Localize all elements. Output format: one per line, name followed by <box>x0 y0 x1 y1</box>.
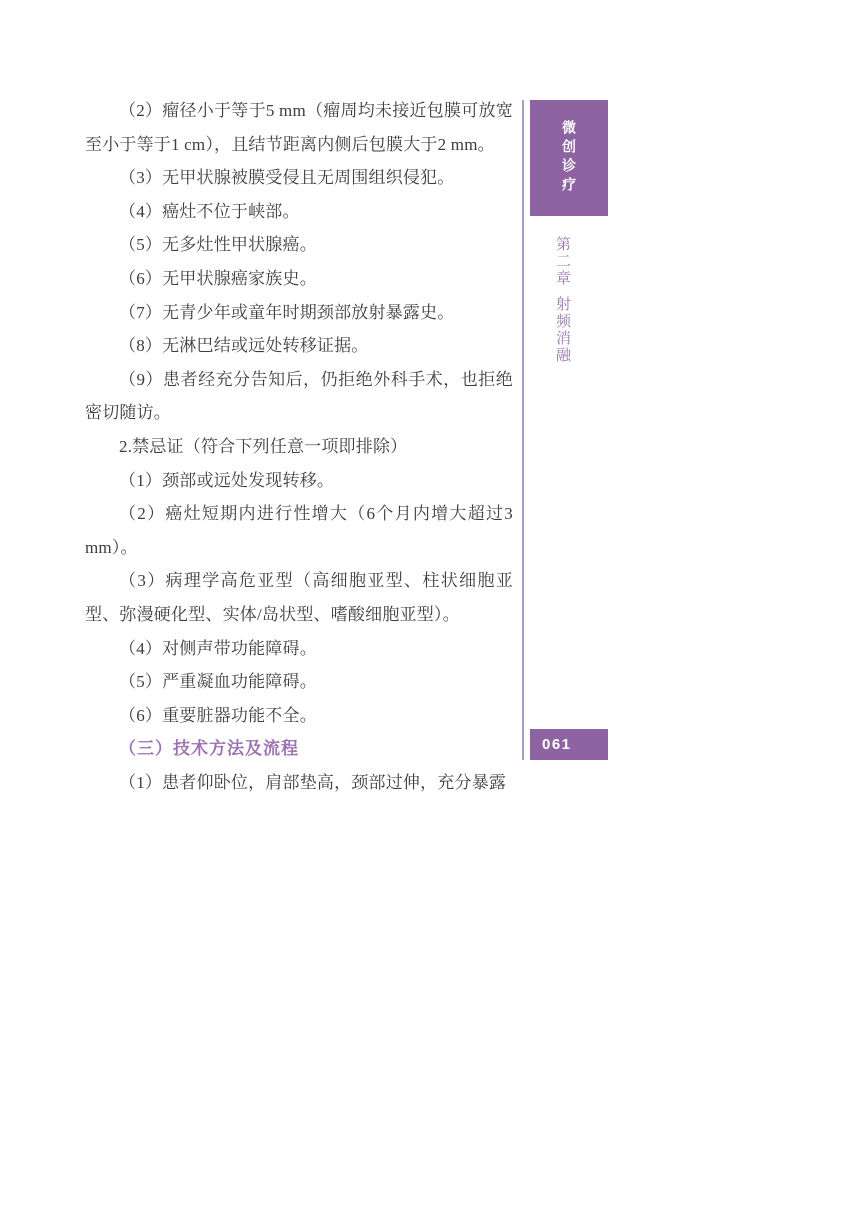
paragraph: （4）癌灶不位于峡部。 <box>85 195 513 229</box>
chapter-tab: 微创诊疗 <box>530 100 608 216</box>
chapter-number-label: 第二章 <box>554 236 571 287</box>
section-heading: （三）技术方法及流程 <box>85 732 513 766</box>
page-number-badge: 061 <box>530 729 608 760</box>
paragraph: （3）无甲状腺被膜受侵且无周围组织侵犯。 <box>85 161 513 195</box>
sidebar-divider-line <box>522 100 524 760</box>
chapter-label: 第二章射频消融 <box>552 236 573 364</box>
paragraph: （6）无甲状腺癌家族史。 <box>85 262 513 296</box>
chapter-tab-label: 微创诊疗 <box>559 120 579 196</box>
paragraph: （1）患者仰卧位，肩部垫高，颈部过伸，充分暴露 <box>85 766 513 800</box>
book-page: （2）瘤径小于等于5 mm（瘤周均未接近包膜可放宽至小于等于1 cm），且结节距… <box>0 0 867 1218</box>
paragraph: （6）重要脏器功能不全。 <box>85 699 513 733</box>
paragraph: （1）颈部或远处发现转移。 <box>85 464 513 498</box>
paragraph: （5）无多灶性甲状腺癌。 <box>85 228 513 262</box>
paragraph: （2）瘤径小于等于5 mm（瘤周均未接近包膜可放宽至小于等于1 cm），且结节距… <box>85 94 513 161</box>
main-text-column: （2）瘤径小于等于5 mm（瘤周均未接近包膜可放宽至小于等于1 cm），且结节距… <box>85 94 513 799</box>
paragraph: 2.禁忌证（符合下列任意一项即排除） <box>85 430 513 464</box>
paragraph: （3）病理学高危亚型（高细胞亚型、柱状细胞亚型、弥漫硬化型、实体/岛状型、嗜酸细… <box>85 564 513 631</box>
paragraph: （4）对侧声带功能障碍。 <box>85 632 513 666</box>
paragraph: （2）癌灶短期内进行性增大（6个月内增大超过3 mm）。 <box>85 497 513 564</box>
chapter-title-label: 射频消融 <box>554 296 571 364</box>
paragraph: （7）无青少年或童年时期颈部放射暴露史。 <box>85 296 513 330</box>
paragraph: （5）严重凝血功能障碍。 <box>85 665 513 699</box>
page-number: 061 <box>530 736 572 753</box>
paragraph: （9）患者经充分告知后，仍拒绝外科手术，也拒绝密切随访。 <box>85 363 513 430</box>
paragraph: （8）无淋巴结或远处转移证据。 <box>85 329 513 363</box>
